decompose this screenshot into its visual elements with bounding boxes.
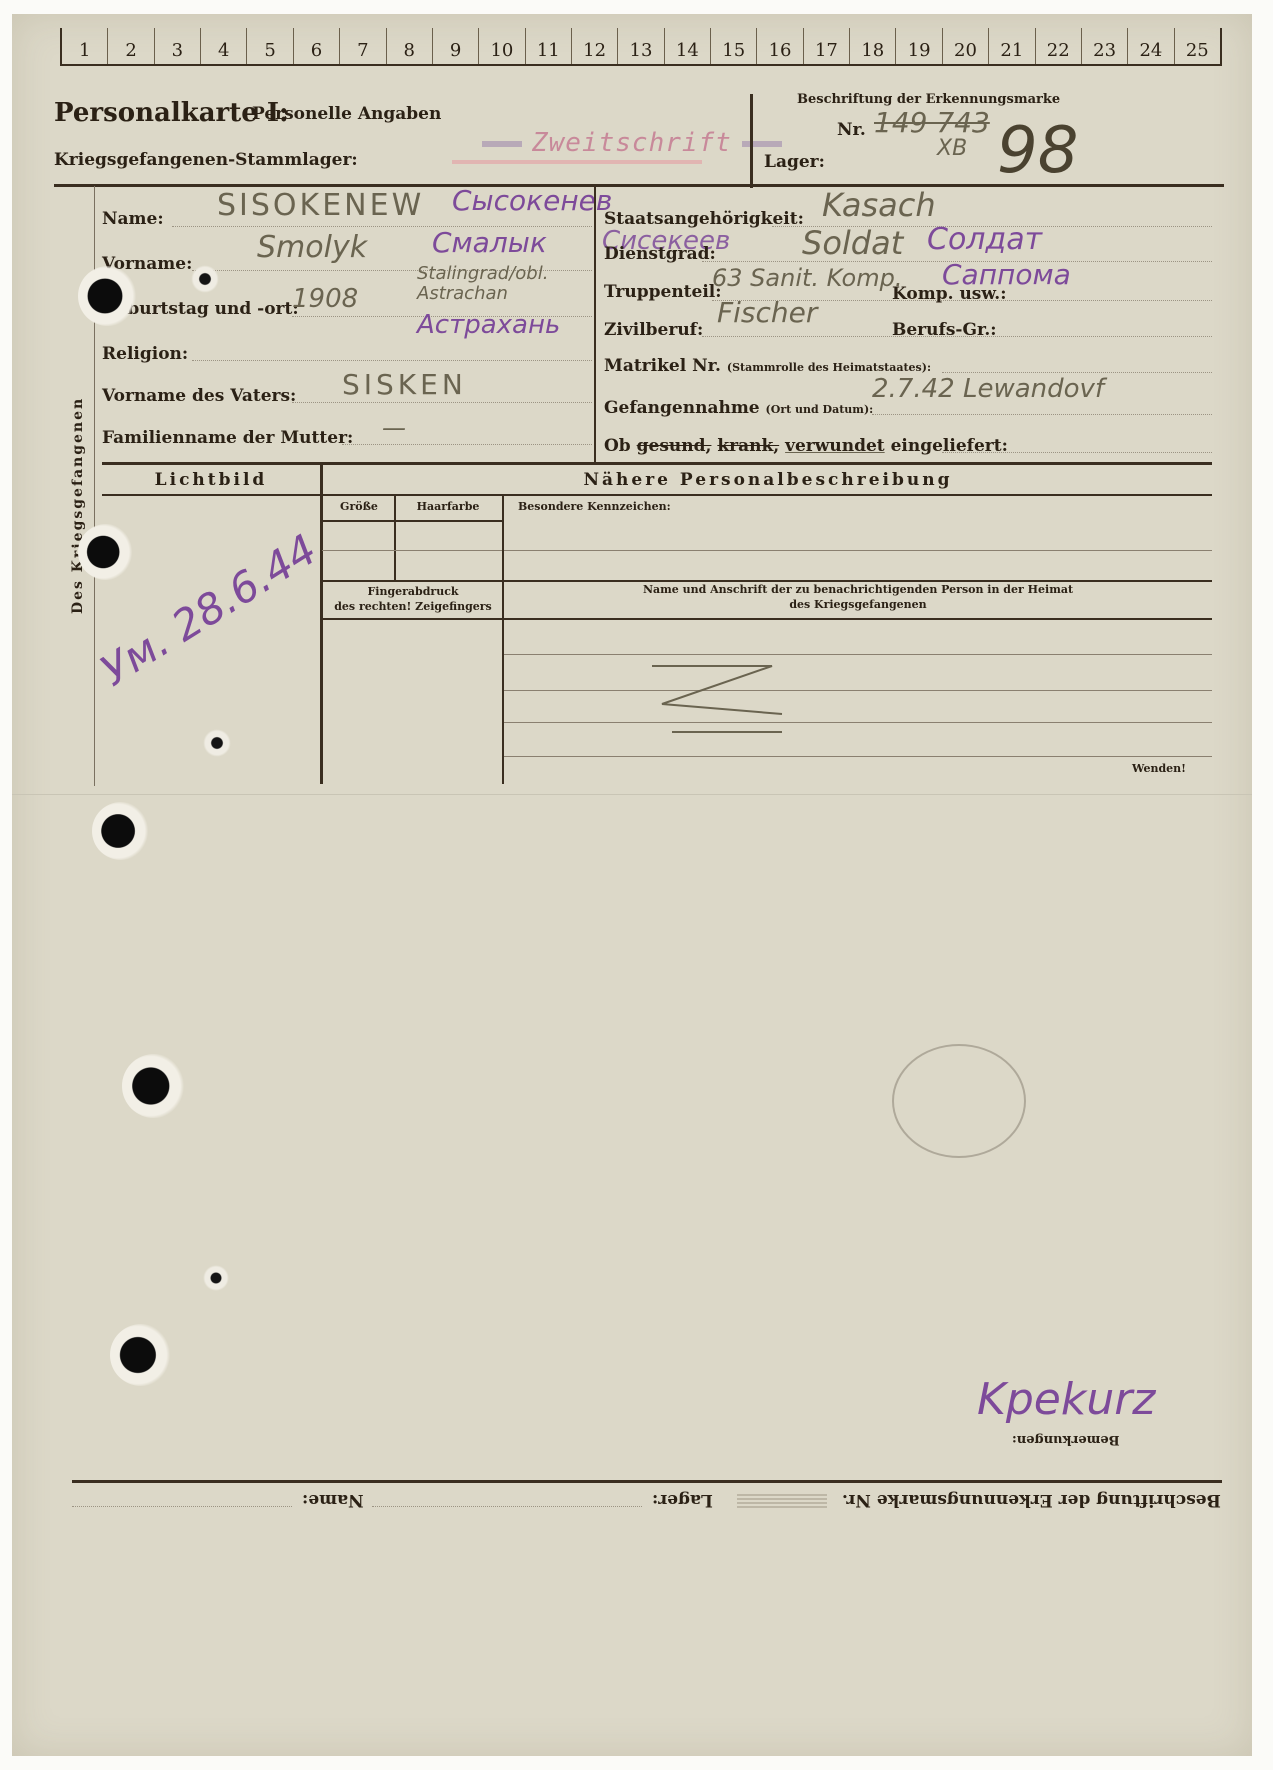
header-rule: [54, 184, 1224, 187]
ruler-cell: 23: [1082, 28, 1128, 64]
contact-label: Name und Anschrift der zu benachrichtige…: [504, 582, 1212, 612]
rank-label: Dienstgrad:: [604, 244, 716, 264]
fingerprint-box: [324, 622, 500, 782]
occupation-value: Fischer: [717, 296, 817, 329]
fingerprint-label: Fingerabdruck des rechten! Zeigefingers: [324, 584, 502, 614]
column-divider: [594, 186, 596, 464]
punch-hole: [122, 1054, 186, 1118]
ruler-cell: 7: [340, 28, 386, 64]
ruler-cell: 15: [711, 28, 757, 64]
ruler-cell: 2: [108, 28, 154, 64]
stamp-underline: [452, 160, 702, 164]
tag-heading: Beschriftung der Erkennungsmarke: [797, 92, 1060, 107]
ruler-cell: 3: [155, 28, 201, 64]
ruler-cell: 8: [387, 28, 433, 64]
copy-stamp: Zweitschrift: [482, 128, 782, 158]
back-lager-label: Lager:: [652, 1490, 713, 1510]
tag-lager-value: XB: [937, 136, 967, 161]
religion-label: Religion:: [102, 344, 188, 364]
back-rule: [72, 1480, 1222, 1483]
tag-lager-label: Lager:: [764, 152, 825, 172]
punch-hole: [202, 1264, 230, 1292]
punch-hole: [78, 266, 138, 326]
ruler-cell: 25: [1175, 28, 1222, 64]
description-title: Nähere Personalbeschreibung: [324, 470, 1212, 490]
ruler-cell: 13: [618, 28, 664, 64]
ruler-cell: 22: [1036, 28, 1082, 64]
marks-label: Besondere Kennzeichen:: [518, 500, 671, 513]
ruler-cell: 1: [62, 28, 108, 64]
ruler-cell: 9: [433, 28, 479, 64]
birth-place: Stalingrad/obl. Astrachan: [417, 264, 597, 304]
ruler-cell: 12: [572, 28, 618, 64]
photo-divider: [320, 462, 323, 784]
occupation-label: Zivilberuf:: [604, 320, 703, 340]
name-label: Name:: [102, 209, 164, 229]
ruler-cell: 11: [526, 28, 572, 64]
camp-label: Kriegsgefangenen-Stammlager:: [54, 150, 358, 170]
ruler-cell: 10: [479, 28, 525, 64]
ruler-cell: 14: [665, 28, 711, 64]
vorname-cyrillic: Смалык: [432, 226, 547, 259]
tag-nr-label: Nr.: [837, 120, 866, 140]
cancel-z-mark: [632, 654, 792, 744]
ruler-cell: 18: [850, 28, 896, 64]
nationality-value: Kasach: [822, 186, 936, 224]
punch-hole: [190, 264, 220, 294]
header-divider: [750, 94, 753, 188]
company-label: Komp. usw.:: [892, 284, 1007, 304]
ruler-cell: 6: [294, 28, 340, 64]
tag-nr-value: 149 743: [874, 106, 990, 139]
rank-cyrillic: Солдат: [927, 222, 1042, 257]
back-name-label: Name:: [302, 1490, 364, 1510]
capture-value: 2.7.42 Lewandovf: [872, 374, 1104, 404]
height-label: Größe: [324, 500, 394, 513]
birth-year: 1908: [292, 284, 358, 314]
punch-hole: [92, 802, 150, 860]
big-number: 98: [997, 114, 1078, 188]
card-subtitle: Personelle Angaben: [252, 104, 441, 124]
signature: Kpekurz: [977, 1374, 1155, 1425]
birth-place-cyrillic: Астрахань: [417, 310, 560, 340]
father-value: SISKEN: [342, 368, 467, 401]
turn-over-label: Wenden!: [1132, 762, 1186, 775]
index-ruler: 1234567891011121314151617181920212223242…: [60, 28, 1222, 66]
back-tag-field: [737, 1494, 827, 1508]
condition-label: Ob gesund, krank, verwundet eingeliefert…: [604, 436, 1008, 456]
photo-label: Lichtbild: [102, 470, 320, 490]
punch-hole: [78, 524, 134, 580]
mother-label: Familienname der Mutter:: [102, 428, 353, 448]
faint-round-stamp: [892, 1044, 1026, 1158]
ruler-cell: 17: [804, 28, 850, 64]
ruler-cell: 5: [247, 28, 293, 64]
ruler-cell: 19: [896, 28, 942, 64]
capture-label: Gefangennahme (Ort und Datum):: [604, 398, 873, 418]
unit-label: Truppenteil:: [604, 282, 722, 302]
occupation-group-label: Berufs-Gr.:: [892, 320, 997, 340]
personnel-card: 1234567891011121314151617181920212223242…: [12, 14, 1252, 1756]
back-tag-label: Beschriftung der Erkennungsmarke Nr.: [842, 1490, 1221, 1510]
hair-color-label: Haarfarbe: [396, 500, 500, 513]
name-cyrillic: Сысокенев: [452, 184, 612, 217]
section-rule: [102, 462, 1212, 465]
mother-value: —: [382, 414, 406, 442]
fold-line: [12, 794, 1252, 795]
punch-hole: [110, 1324, 172, 1386]
ruler-cell: 4: [201, 28, 247, 64]
registration-label: Matrikel Nr. (Stammrolle des Heimatstaat…: [604, 356, 931, 376]
punch-hole: [202, 728, 232, 758]
ruler-cell: 21: [989, 28, 1035, 64]
ruler-cell: 16: [757, 28, 803, 64]
unit-value: 63 Sanit. Komp.: [712, 264, 902, 292]
ruler-cell: 20: [943, 28, 989, 64]
remarks-label: Bemerkungen:: [1012, 1432, 1120, 1447]
vorname-value: Smolyk: [257, 230, 367, 265]
rank-value: Soldat: [802, 224, 903, 262]
father-label: Vorname des Vaters:: [102, 386, 296, 406]
name-value: SISOKENEW: [217, 188, 424, 223]
side-label: Des Kriegsgefangenen: [70, 397, 86, 614]
ruler-cell: 24: [1128, 28, 1174, 64]
